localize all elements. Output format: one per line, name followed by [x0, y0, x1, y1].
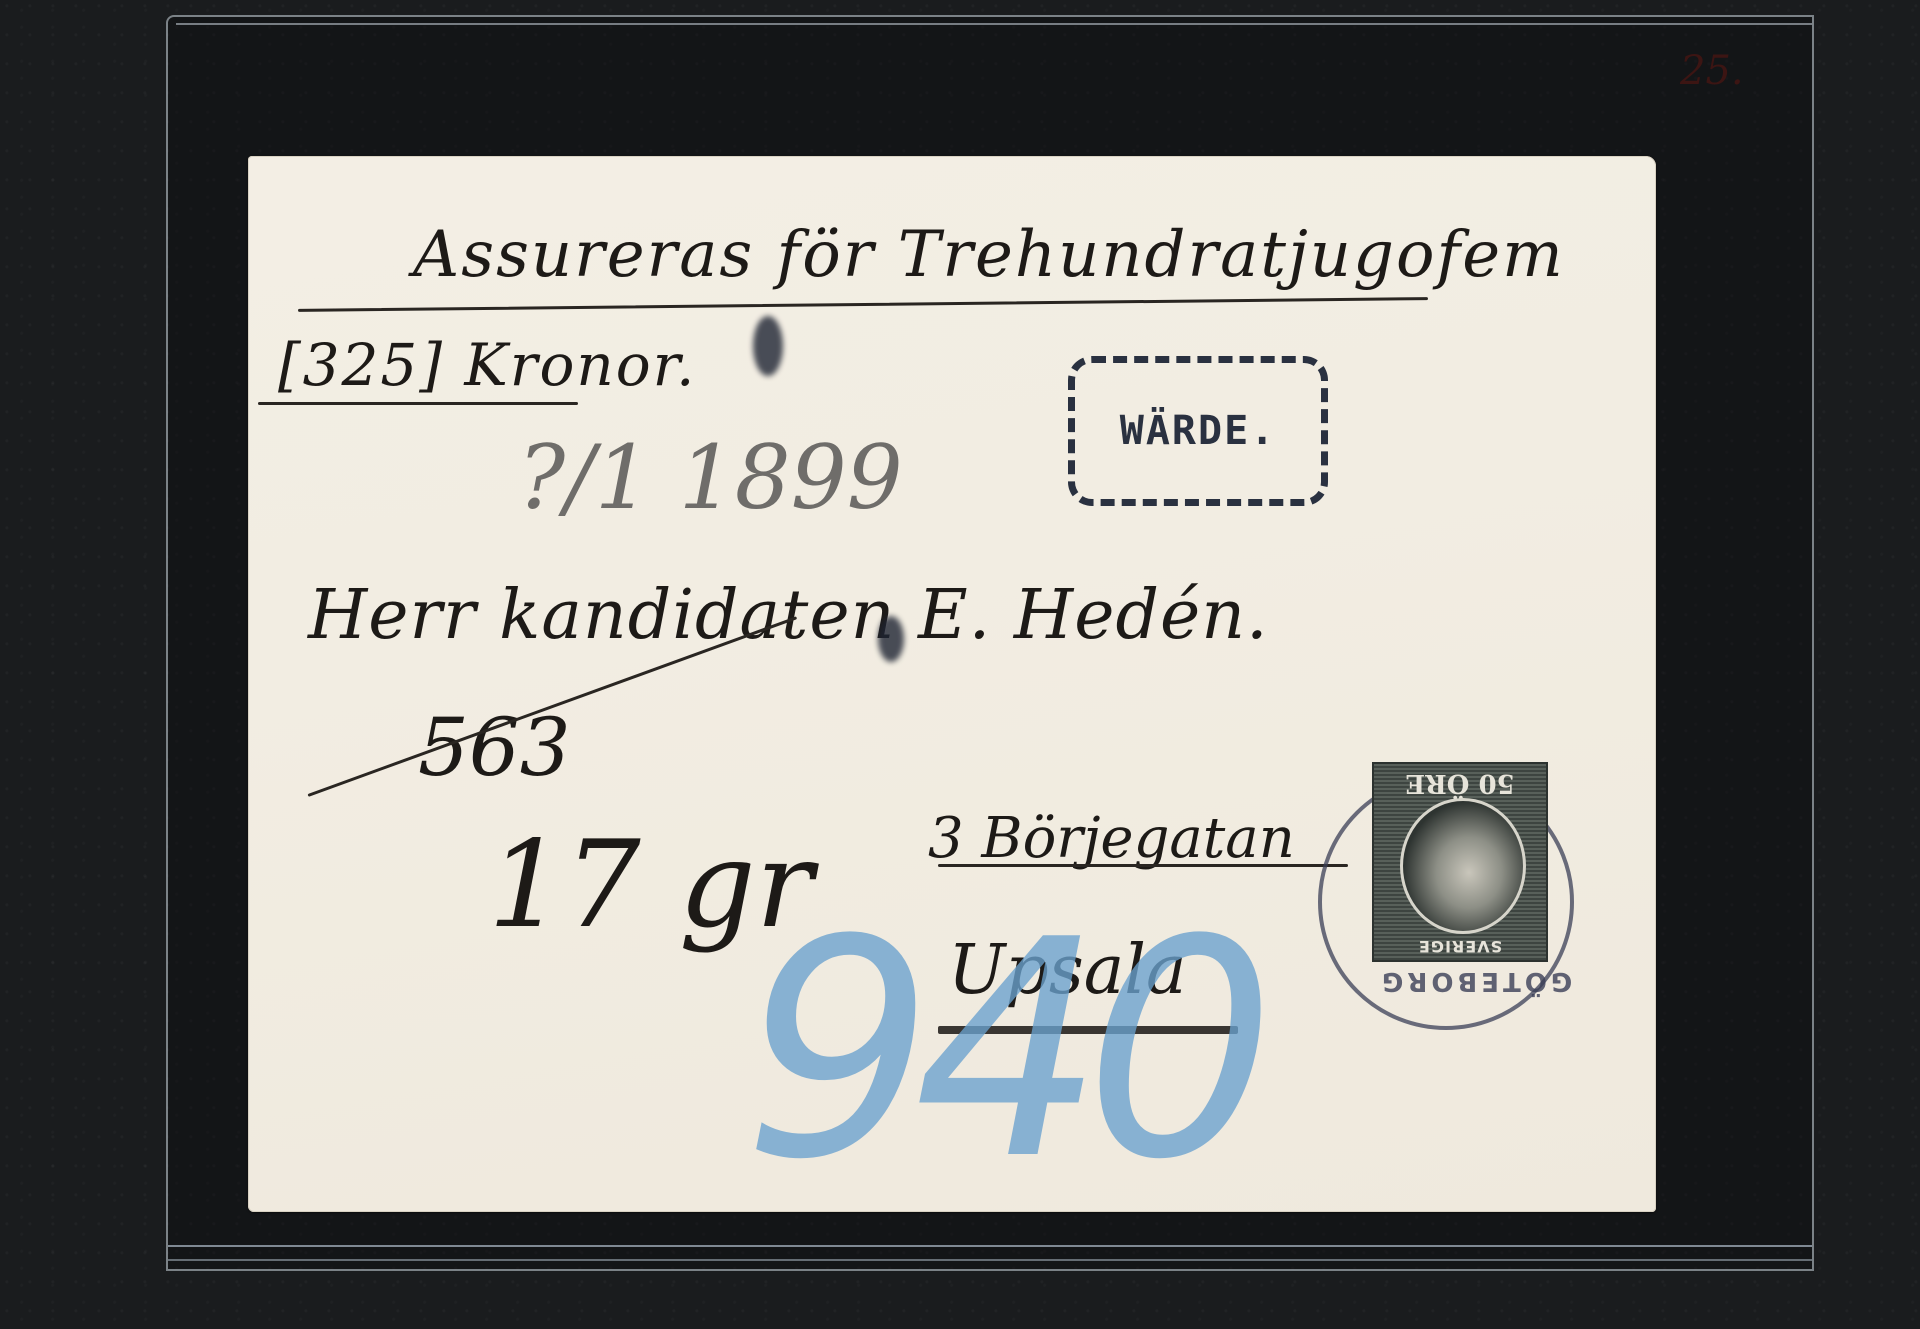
warde-cachet: WÄRDE.	[1068, 356, 1328, 506]
pencil-date-note: ?/1 1899	[518, 426, 903, 529]
stamp-country: SVERIGE	[1374, 937, 1546, 956]
warde-cachet-text: WÄRDE.	[1120, 408, 1277, 454]
street-address: 3 Börjegatan	[928, 806, 1295, 871]
insurance-declaration-text: Assureras för Trehundratjugofem	[413, 218, 1565, 292]
ink-blot	[753, 316, 783, 376]
ink-blot	[878, 616, 904, 662]
addressee-name: Herr kandidaten E. Hedén.	[308, 576, 1269, 655]
insured-amount-text: [325] Kronor.	[278, 331, 696, 399]
postage-stamp: 50 ÖRE SVERIGE	[1372, 762, 1548, 962]
king-portrait-icon	[1400, 798, 1526, 934]
postmark-town: GÖTEBORG	[1378, 966, 1572, 996]
insurance-underline	[298, 297, 1428, 312]
envelope: Assureras för Trehundratjugofem [325] Kr…	[248, 156, 1656, 1212]
amount-underline	[258, 402, 578, 405]
street-underline	[938, 864, 1348, 867]
album-page-number: 25.	[1680, 48, 1744, 94]
stamp-denomination: 50 ÖRE	[1374, 768, 1546, 798]
blue-crayon-number: 940	[743, 876, 1256, 1225]
